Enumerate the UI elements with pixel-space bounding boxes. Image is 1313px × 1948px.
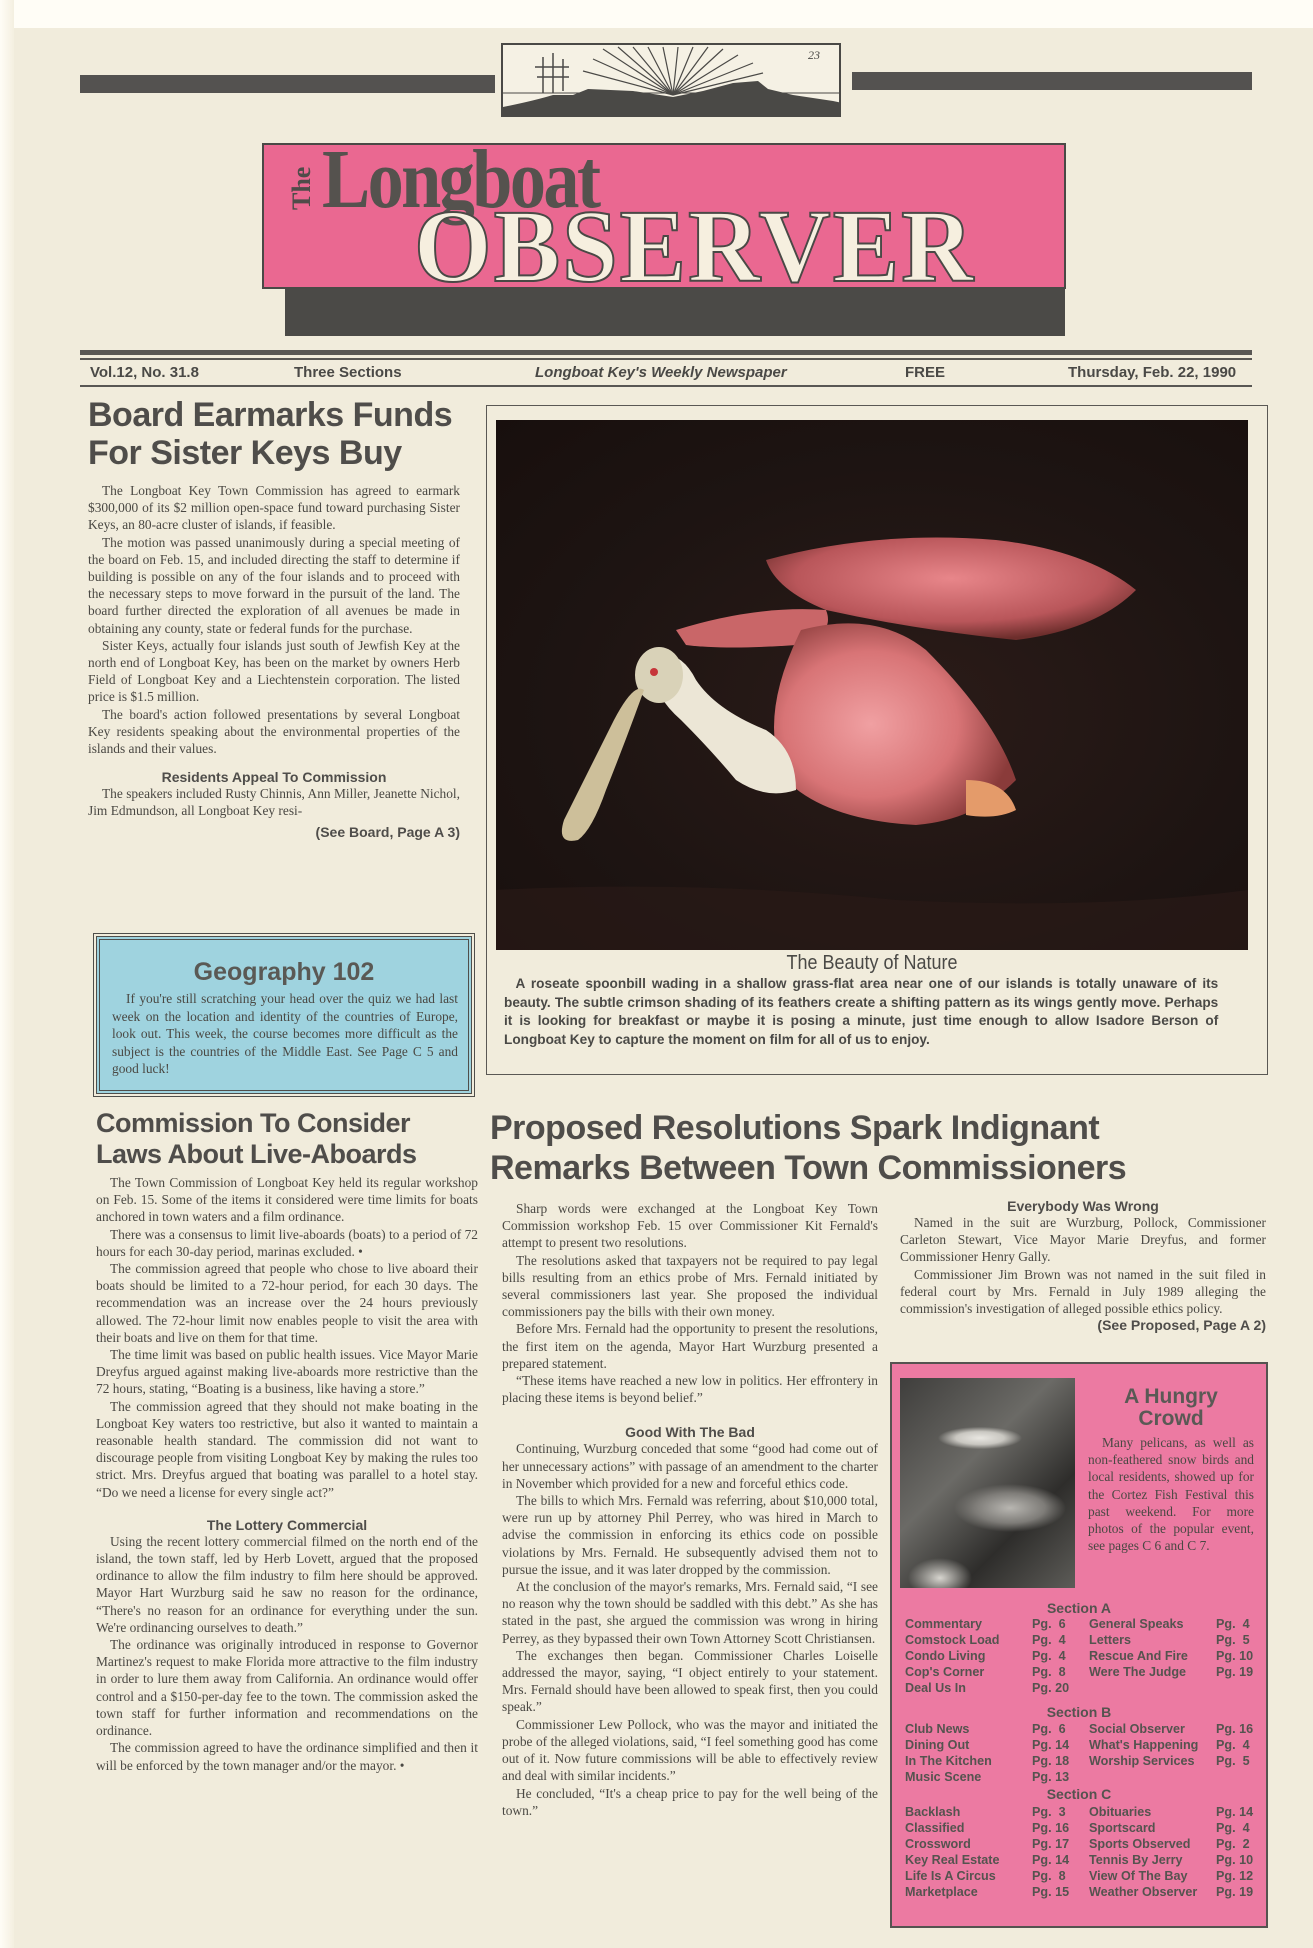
- liveaboard-paragraph: The ordinance was originally introduced …: [96, 1636, 478, 1739]
- resolutions-headline-line1: Proposed Resolutions Spark Indignant: [490, 1108, 1270, 1148]
- geography-box: Geography 102 If you're still scratching…: [96, 936, 472, 1094]
- resolutions-paragraph: Before Mrs. Fernald had the opportunity …: [502, 1320, 878, 1372]
- masthead-nameplate: The Longboat OBSERVER: [262, 143, 1066, 289]
- index-row[interactable]: Deal Us In Pg. 20: [892, 1681, 1266, 1696]
- folio-date: Thursday, Feb. 22, 1990: [1068, 364, 1236, 381]
- resolutions-paragraph: At the conclusion of the mayor's remarks…: [502, 1578, 878, 1647]
- liveaboard-subhead: The Lottery Commercial: [96, 1517, 478, 1533]
- index-row[interactable]: Crossword Pg. 17 Sports Observed Pg. 2: [892, 1837, 1266, 1852]
- index-right-page: Pg. 2: [1216, 1837, 1250, 1851]
- resolutions-paragraph: “These items have reached a new low in p…: [502, 1372, 878, 1406]
- index-row[interactable]: Commentary Pg. 6 General Speaks Pg. 4: [892, 1617, 1266, 1632]
- index-left-name: Cop's Corner: [905, 1665, 984, 1679]
- resolutions-headline: Proposed Resolutions Spark Indignant Rem…: [490, 1108, 1270, 1188]
- liveaboard-article: Commission To Consider Laws About Live-A…: [96, 1108, 478, 1774]
- index-row[interactable]: Comstock Load Pg. 4 Letters Pg. 5: [892, 1633, 1266, 1648]
- paper-left-edge: [0, 0, 14, 1948]
- index-left-page: Pg. 20: [1032, 1681, 1069, 1695]
- resolutions-body-col2: Named in the suit are Wurzburg, Pollock,…: [900, 1214, 1266, 1317]
- board-headline-line1: Board Earmarks Funds: [88, 396, 460, 434]
- index-right-page: Pg. 10: [1216, 1853, 1253, 1867]
- hungry-crowd-title: A Hungry Crowd: [1088, 1386, 1254, 1430]
- folio-volume: Vol.12, No. 31.8: [90, 364, 199, 381]
- index-row[interactable]: Key Real Estate Pg. 14 Tennis By Jerry P…: [892, 1853, 1266, 1868]
- liveaboard-paragraph: The Town Commission of Longboat Key held…: [96, 1174, 478, 1226]
- index-row[interactable]: Backlash Pg. 3 Obituaries Pg. 14: [892, 1805, 1266, 1820]
- index-left-name: Backlash: [905, 1805, 960, 1819]
- board-headline-line2: For Sister Keys Buy: [88, 434, 460, 472]
- liveaboard-paragraph: The commission agreed that people who ch…: [96, 1260, 478, 1346]
- resolutions-paragraph: Sharp words were exchanged at the Longbo…: [502, 1200, 878, 1252]
- index-right-name: Letters: [1089, 1633, 1131, 1647]
- liveaboard-paragraph: The commission agreed to have the ordina…: [96, 1739, 478, 1773]
- index-right-name: Obituaries: [1089, 1805, 1151, 1819]
- masthead-observer: OBSERVER: [414, 187, 975, 306]
- ship-sunrise-illustration: 23: [501, 43, 841, 117]
- resolutions-paragraph: Continuing, Wurzburg conceded that some …: [502, 1440, 878, 1492]
- liveaboard-paragraph: Using the recent lottery commercial film…: [96, 1533, 478, 1636]
- index-right-name: Sports Observed: [1089, 1837, 1190, 1851]
- resolutions-paragraph: The resolutions asked that taxpayers not…: [502, 1252, 878, 1321]
- board-paragraph: The motion was passed unanimously during…: [88, 534, 460, 637]
- index-left-page: Pg. 8: [1032, 1869, 1066, 1883]
- masthead-bar-right: [852, 72, 1252, 90]
- liveaboard-body-continued: Using the recent lottery commercial film…: [96, 1533, 478, 1774]
- index-right-page: Pg. 10: [1216, 1649, 1253, 1663]
- index-left-page: Pg. 4: [1032, 1633, 1066, 1647]
- index-left-name: Life Is A Circus: [905, 1869, 996, 1883]
- index-right-page: Pg. 5: [1216, 1754, 1250, 1768]
- folio-sections: Three Sections: [294, 364, 402, 381]
- resolutions-paragraph: Commissioner Lew Pollock, who was the ma…: [502, 1716, 878, 1785]
- index-left-name: Key Real Estate: [905, 1853, 1000, 1867]
- index-row[interactable]: In The Kitchen Pg. 18 Worship Services P…: [892, 1754, 1266, 1769]
- index-right-name: Tennis By Jerry: [1089, 1853, 1183, 1867]
- folio-rule-bottom: [80, 385, 1252, 387]
- index-section-b-title: Section B: [892, 1704, 1266, 1720]
- index-row[interactable]: Life Is A Circus Pg. 8 View Of The Bay P…: [892, 1869, 1266, 1884]
- resolutions-subhead: Good With The Bad: [502, 1424, 878, 1440]
- index-right-name: Rescue And Fire: [1089, 1649, 1188, 1663]
- photo-caption-body: A roseate spoonbill wading in a shallow …: [504, 975, 1218, 1049]
- folio-tagline: Longboat Key's Weekly Newspaper: [535, 364, 787, 381]
- liveaboard-body: The Town Commission of Longboat Key held…: [96, 1174, 478, 1501]
- index-left-name: Dining Out: [905, 1738, 969, 1752]
- index-left-name: Marketplace: [905, 1885, 978, 1899]
- resolutions-body-continued: Continuing, Wurzburg conceded that some …: [502, 1440, 878, 1818]
- photo-caption-title: The Beauty of Nature: [534, 952, 1211, 975]
- hungry-crowd-title-line2: Crowd: [1088, 1408, 1254, 1430]
- resolutions-subhead-2: Everybody Was Wrong: [900, 1198, 1266, 1214]
- liveaboard-headline-line2: Laws About Live-Aboards: [96, 1139, 478, 1170]
- index-row[interactable]: Marketplace Pg. 15 Weather Observer Pg. …: [892, 1885, 1266, 1900]
- liveaboard-paragraph: The commission agreed that they should n…: [96, 1398, 478, 1501]
- index-right-name: Social Observer: [1089, 1722, 1185, 1736]
- index-left-name: Crossword: [905, 1837, 971, 1851]
- liveaboard-headline-line1: Commission To Consider: [96, 1108, 478, 1139]
- board-paragraph: The Longboat Key Town Commission has agr…: [88, 482, 460, 534]
- index-right-name: Sportscard: [1089, 1821, 1156, 1835]
- index-right-name: What's Happening: [1089, 1738, 1198, 1752]
- index-left-page: Pg. 16: [1032, 1821, 1069, 1835]
- board-paragraph: The speakers included Rusty Chinnis, Ann…: [88, 785, 460, 819]
- resolutions-paragraph: Commissioner Jim Brown was not named in …: [900, 1266, 1266, 1318]
- hungry-crowd-title-line1: A Hungry: [1088, 1386, 1254, 1408]
- index-left-page: Pg. 4: [1032, 1649, 1066, 1663]
- resolutions-headline-line2: Remarks Between Town Commissioners: [490, 1148, 1270, 1188]
- board-article: Board Earmarks Funds For Sister Keys Buy…: [88, 396, 460, 840]
- index-left-name: Music Scene: [905, 1770, 981, 1784]
- index-left-name: In The Kitchen: [905, 1754, 992, 1768]
- resolutions-body: Sharp words were exchanged at the Longbo…: [502, 1200, 878, 1406]
- resolutions-column-1: Sharp words were exchanged at the Longbo…: [502, 1200, 878, 1819]
- index-left-page: Pg. 13: [1032, 1770, 1069, 1784]
- index-right-name: General Speaks: [1089, 1617, 1184, 1631]
- resolutions-paragraph: The bills to which Mrs. Fernald was refe…: [502, 1492, 878, 1578]
- resolutions-paragraph: He concluded, “It's a cheap price to pay…: [502, 1785, 878, 1819]
- folio-rule-top-thin: [80, 358, 1252, 360]
- index-row[interactable]: Dining Out Pg. 14 What's Happening Pg. 4: [892, 1738, 1266, 1753]
- board-paragraph: Sister Keys, actually four islands just …: [88, 637, 460, 706]
- spoonbill-photo: [496, 420, 1248, 950]
- index-left-name: Comstock Load: [905, 1633, 999, 1647]
- liveaboard-paragraph: There was a consensus to limit live-aboa…: [96, 1226, 478, 1260]
- board-body: The Longboat Key Town Commission has agr…: [88, 482, 460, 757]
- index-left-page: Pg. 6: [1032, 1617, 1066, 1631]
- board-headline: Board Earmarks Funds For Sister Keys Buy: [88, 396, 460, 472]
- board-jump-link[interactable]: (See Board, Page A 3): [88, 824, 460, 840]
- board-paragraph: The board's action followed presentation…: [88, 706, 460, 758]
- index-left-name: Condo Living: [905, 1649, 985, 1663]
- index-left-page: Pg. 15: [1032, 1885, 1069, 1899]
- index-left-name: Club News: [905, 1722, 969, 1736]
- index-left-name: Commentary: [905, 1617, 982, 1631]
- index-left-page: Pg. 18: [1032, 1754, 1069, 1768]
- masthead-bar-left: [80, 75, 495, 93]
- index-right-page: Pg. 14: [1216, 1805, 1253, 1819]
- geography-title: Geography 102: [100, 958, 468, 987]
- index-section-c-title: Section C: [892, 1786, 1266, 1802]
- index-right-page: Pg. 4: [1216, 1617, 1250, 1631]
- index-right-name: Worship Services: [1089, 1754, 1194, 1768]
- index-left-name: Classified: [905, 1821, 965, 1835]
- index-right-page: Pg. 19: [1216, 1885, 1253, 1899]
- liveaboard-headline: Commission To Consider Laws About Live-A…: [96, 1108, 478, 1170]
- index-left-page: Pg. 14: [1032, 1853, 1069, 1867]
- index-row[interactable]: Music Scene Pg. 13: [892, 1770, 1266, 1785]
- geography-body: If you're still scratching your head ove…: [112, 990, 458, 1078]
- index-left-page: Pg. 17: [1032, 1837, 1069, 1851]
- resolutions-paragraph: The exchanges then began. Commissioner C…: [502, 1647, 878, 1716]
- paper-top-edge: [0, 0, 1313, 28]
- index-right-page: Pg. 4: [1216, 1821, 1250, 1835]
- liveaboard-paragraph: The time limit was based on public healt…: [96, 1346, 478, 1398]
- index-row[interactable]: Cop's Corner Pg. 8 Were The Judge Pg. 19: [892, 1665, 1266, 1680]
- index-left-page: Pg. 6: [1032, 1722, 1066, 1736]
- index-left-page: Pg. 8: [1032, 1665, 1066, 1679]
- index-left-page: Pg. 3: [1032, 1805, 1066, 1819]
- folio-rule-top: [80, 350, 1252, 355]
- index-left-name: Deal Us In: [905, 1681, 966, 1695]
- index-right-page: Pg. 4: [1216, 1738, 1250, 1752]
- index-right-page: Pg. 5: [1216, 1633, 1250, 1647]
- board-body-continued: The speakers included Rusty Chinnis, Ann…: [88, 785, 460, 819]
- svg-text:23: 23: [808, 48, 820, 62]
- resolutions-column-2: Everybody Was Wrong Named in the suit ar…: [900, 1198, 1266, 1333]
- resolutions-paragraph: Named in the suit are Wurzburg, Pollock,…: [900, 1214, 1266, 1266]
- index-right-name: View Of The Bay: [1089, 1869, 1187, 1883]
- resolutions-jump-link[interactable]: (See Proposed, Page A 2): [900, 1317, 1266, 1333]
- index-right-page: Pg. 19: [1216, 1665, 1253, 1679]
- index-section-a-title: Section A: [892, 1600, 1266, 1616]
- hungry-crowd-body: Many pelicans, as well as non-feathered …: [1088, 1434, 1254, 1554]
- index-row[interactable]: Classified Pg. 16 Sportscard Pg. 4: [892, 1821, 1266, 1836]
- index-row[interactable]: Club News Pg. 6 Social Observer Pg. 16: [892, 1722, 1266, 1737]
- index-right-name: Weather Observer: [1089, 1885, 1197, 1899]
- index-right-page: Pg. 16: [1216, 1722, 1253, 1736]
- index-row[interactable]: Condo Living Pg. 4 Rescue And Fire Pg. 1…: [892, 1649, 1266, 1664]
- pelican-photo: [900, 1378, 1075, 1588]
- folio-price: FREE: [905, 364, 945, 381]
- index-right-name: Were The Judge: [1089, 1665, 1186, 1679]
- board-subhead: Residents Appeal To Commission: [88, 769, 460, 785]
- index-right-page: Pg. 12: [1216, 1869, 1253, 1883]
- index-box: A Hungry Crowd Many pelicans, as well as…: [890, 1362, 1268, 1928]
- index-left-page: Pg. 14: [1032, 1738, 1069, 1752]
